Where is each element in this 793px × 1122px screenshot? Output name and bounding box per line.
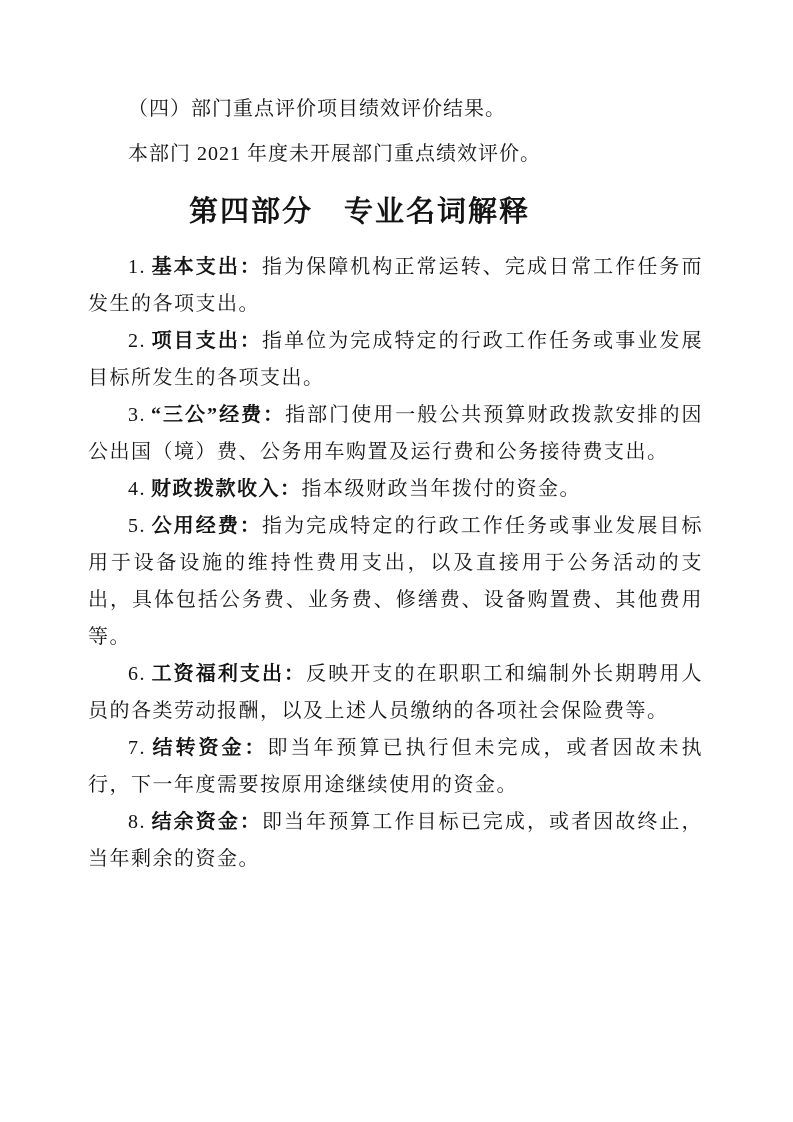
term-item: 5.公用经费：指为完成特定的行政工作任务或事业发展目标用于设备设施的维持性费用支… bbox=[88, 508, 703, 656]
document-content: （四）部门重点评价项目绩效评价结果。 本部门 2021 年度未开展部门重点绩效评… bbox=[88, 87, 703, 878]
term-item: 1.基本支出：指为保障机构正常运转、完成日常工作任务而发生的各项支出。 bbox=[88, 249, 703, 323]
term-number: 6. bbox=[128, 663, 146, 685]
intro-paragraph-evaluation-result: （四）部门重点评价项目绩效评价结果。 bbox=[88, 87, 703, 132]
term-label: 项目支出： bbox=[151, 330, 262, 352]
term-item: 4.财政拨款收入：指本级财政当年拨付的资金。 bbox=[88, 471, 703, 508]
intro-paragraph-no-evaluation: 本部门 2021 年度未开展部门重点绩效评价。 bbox=[88, 132, 703, 177]
term-number: 2. bbox=[128, 330, 146, 352]
term-label: 结余资金： bbox=[151, 811, 262, 833]
term-number: 8. bbox=[128, 811, 146, 833]
term-item: 2.项目支出：指单位为完成特定的行政工作任务或事业发展目标所发生的各项支出。 bbox=[88, 323, 703, 397]
term-item: 6.工资福利支出：反映开支的在职职工和编制外长期聘用人员的各类劳动报酬，以及上述… bbox=[88, 656, 703, 730]
document-page: （四）部门重点评价项目绩效评价结果。 本部门 2021 年度未开展部门重点绩效评… bbox=[0, 0, 793, 1122]
term-definition: 指本级财政当年拨付的资金。 bbox=[302, 478, 582, 500]
term-number: 3. bbox=[128, 404, 146, 426]
term-label: “三公”经费： bbox=[151, 404, 285, 426]
section-heading: 第四部分 专业名词解释 bbox=[52, 191, 667, 233]
term-label: 公用经费： bbox=[151, 515, 262, 537]
term-number: 4. bbox=[128, 478, 146, 500]
term-label: 结转资金： bbox=[151, 737, 268, 759]
term-label: 基本支出： bbox=[151, 256, 262, 278]
term-number: 1. bbox=[128, 256, 146, 278]
term-item: 7.结转资金：即当年预算已执行但未完成，或者因故未执行，下一年度需要按原用途继续… bbox=[88, 730, 703, 804]
term-label: 工资福利支出： bbox=[151, 663, 306, 685]
term-item: 3.“三公”经费：指部门使用一般公共预算财政拨款安排的因公出国（境）费、公务用车… bbox=[88, 397, 703, 471]
intro-section: （四）部门重点评价项目绩效评价结果。 本部门 2021 年度未开展部门重点绩效评… bbox=[88, 87, 703, 177]
term-number: 5. bbox=[128, 515, 146, 537]
term-label: 财政拨款收入： bbox=[151, 478, 302, 500]
term-number: 7. bbox=[128, 737, 146, 759]
term-item: 8.结余资金：即当年预算工作目标已完成，或者因故终止，当年剩余的资金。 bbox=[88, 804, 703, 878]
terms-section: 1.基本支出：指为保障机构正常运转、完成日常工作任务而发生的各项支出。 2.项目… bbox=[88, 249, 703, 878]
